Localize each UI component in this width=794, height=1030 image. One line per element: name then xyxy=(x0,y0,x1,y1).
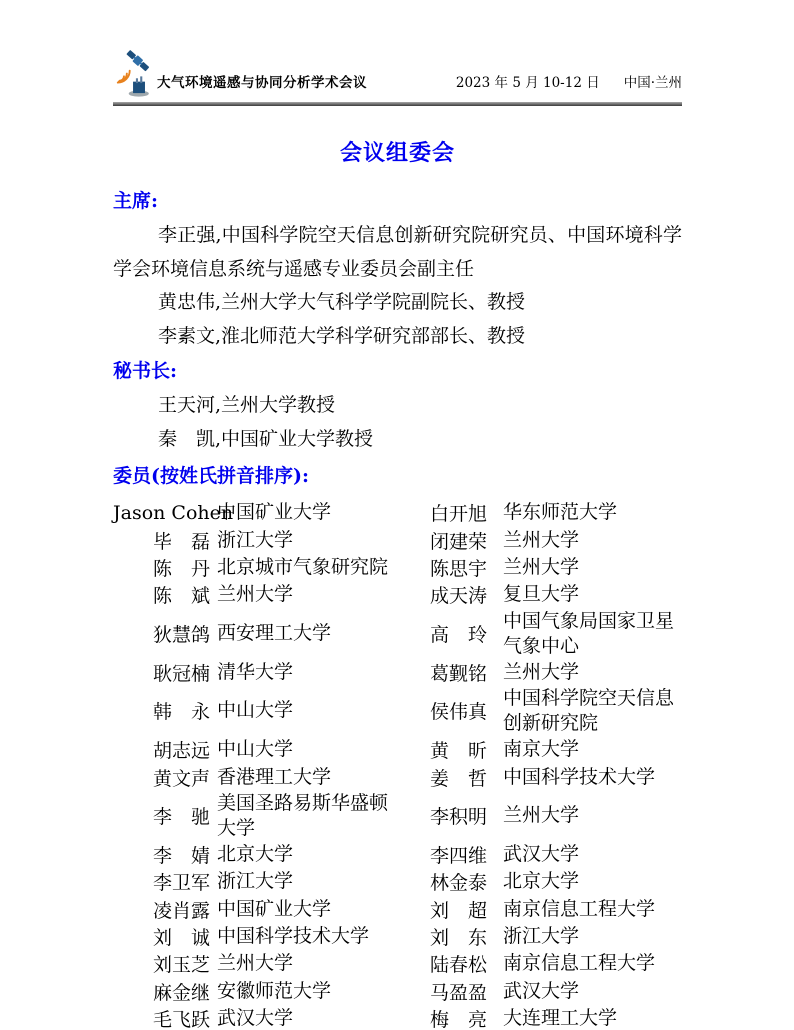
member-row: 韩 永中山大学侯伟真中国科学院空天信息创新研究院 xyxy=(113,686,682,736)
member-name: 毛飞跃 xyxy=(113,1005,210,1030)
member-institution: 南京大学 xyxy=(503,737,687,762)
member-name: 陈 斌 xyxy=(113,581,210,608)
conference-location: 中国·兰州 xyxy=(624,71,682,91)
secretary-section-label: 秘书长: xyxy=(113,358,682,385)
member-institution: 兰州大学 xyxy=(217,582,399,607)
member-name: 葛觐铭 xyxy=(430,659,498,686)
member-institution: 西安理工大学 xyxy=(217,621,399,646)
conference-date: 2023 年 5 月 10-12 日 xyxy=(456,71,600,91)
member-institution: 香港理工大学 xyxy=(217,765,399,790)
member-name: 李 驰 xyxy=(113,802,210,829)
document-page: 大气环境遥感与协同分析学术会议 2023 年 5 月 10-12 日 中国·兰州… xyxy=(0,0,794,1030)
member-name: 陈 丹 xyxy=(113,554,210,581)
member-name: 黄文声 xyxy=(113,764,210,791)
member-institution: 南京信息工程大学 xyxy=(503,951,687,976)
member-name: 刘 超 xyxy=(430,896,498,923)
member-name: 刘玉芝 xyxy=(113,950,210,977)
member-institution: 中国科学技术大学 xyxy=(217,924,399,949)
page-header: 大气环境遥感与协同分析学术会议 2023 年 5 月 10-12 日 中国·兰州 xyxy=(113,0,682,98)
member-name: 李卫军 xyxy=(113,868,210,895)
member-institution: 武汉大学 xyxy=(503,979,687,1004)
member-institution: 浙江大学 xyxy=(217,528,399,553)
member-institution: 北京城市气象研究院 xyxy=(217,555,399,580)
member-row: 毛飞跃武汉大学梅 亮大连理工大学 xyxy=(113,1005,682,1030)
member-row: 李 驰美国圣路易斯华盛顿大学李积明兰州大学 xyxy=(113,791,682,841)
satellite-logo-icon xyxy=(113,50,155,98)
member-rows: Jason Cohen中国矿业大学白开旭华东师范大学毕 磊浙江大学闭建荣兰州大学… xyxy=(113,499,682,1030)
member-name: 韩 永 xyxy=(113,697,210,724)
member-name: 凌肖露 xyxy=(113,896,210,923)
member-institution: 复旦大学 xyxy=(503,582,687,607)
member-row: 麻金继安徽师范大学马盈盈武汉大学 xyxy=(113,978,682,1005)
member-institution: 中国科学院空天信息创新研究院 xyxy=(503,686,687,736)
member-name: 马盈盈 xyxy=(430,978,498,1005)
member-row: 陈 斌兰州大学成天涛复旦大学 xyxy=(113,581,682,608)
member-institution: 南京信息工程大学 xyxy=(503,897,687,922)
chair-list: 李正强,中国科学院空天信息创新研究院研究员、中国环境科学学会环境信息系统与遥感专… xyxy=(113,219,682,353)
member-row: 毕 磊浙江大学闭建荣兰州大学 xyxy=(113,526,682,553)
member-name: 陆春松 xyxy=(430,950,498,977)
member-row: 刘 诚中国科学技术大学刘 东浙江大学 xyxy=(113,923,682,950)
chair-member: 李正强,中国科学院空天信息创新研究院研究员、中国环境科学学会环境信息系统与遥感专… xyxy=(113,219,682,286)
member-institution: 中国矿业大学 xyxy=(217,500,399,525)
member-institution: 兰州大学 xyxy=(503,660,687,685)
member-institution: 武汉大学 xyxy=(217,1006,399,1030)
member-name: 刘 东 xyxy=(430,923,498,950)
page-title: 会议组委会 xyxy=(113,136,682,167)
chair-section-label: 主席: xyxy=(113,188,682,215)
member-institution: 武汉大学 xyxy=(503,842,687,867)
member-row: 胡志远中山大学黄 昕南京大学 xyxy=(113,736,682,763)
secretary-member: 秦 凯,中国矿业大学教授 xyxy=(113,423,682,457)
member-institution: 北京大学 xyxy=(503,869,687,894)
member-institution: 兰州大学 xyxy=(503,555,687,580)
conference-name: 大气环境遥感与协同分析学术会议 xyxy=(157,71,367,98)
member-name: 侯伟真 xyxy=(430,697,498,724)
member-institution: 浙江大学 xyxy=(217,869,399,894)
member-institution: 清华大学 xyxy=(217,660,399,685)
member-institution: 兰州大学 xyxy=(503,803,687,828)
member-name: 姜 哲 xyxy=(430,764,498,791)
chair-member: 李素文,淮北师范大学科学研究部部长、教授 xyxy=(113,320,682,354)
member-institution: 兰州大学 xyxy=(503,528,687,553)
member-institution: 中山大学 xyxy=(217,698,399,723)
member-name: 林金泰 xyxy=(430,868,498,895)
member-name: 胡志远 xyxy=(113,736,210,763)
member-name: 毕 磊 xyxy=(113,527,210,554)
member-name: 李积明 xyxy=(430,802,498,829)
member-row: 黄文声香港理工大学姜 哲中国科学技术大学 xyxy=(113,763,682,790)
member-name: 梅 亮 xyxy=(430,1005,498,1030)
member-name: 李四维 xyxy=(430,841,498,868)
committee-section-label: 委员(按姓氏拼音排序): xyxy=(113,463,682,490)
member-institution: 浙江大学 xyxy=(503,924,687,949)
member-name: 陈思宇 xyxy=(430,554,498,581)
member-institution: 中国矿业大学 xyxy=(217,897,399,922)
member-institution: 中国气象局国家卫星气象中心 xyxy=(503,609,687,659)
member-name: 李 婧 xyxy=(113,841,210,868)
member-name: 狄慧鸽 xyxy=(113,620,210,647)
member-row: 刘玉芝兰州大学陆春松南京信息工程大学 xyxy=(113,950,682,977)
member-institution: 美国圣路易斯华盛顿大学 xyxy=(217,791,399,841)
member-row: 陈 丹北京城市气象研究院陈思宇兰州大学 xyxy=(113,554,682,581)
member-institution: 安徽师范大学 xyxy=(217,979,399,1004)
member-row: Jason Cohen中国矿业大学白开旭华东师范大学 xyxy=(113,499,682,526)
member-institution: 中山大学 xyxy=(217,737,399,762)
member-name: 耿冠楠 xyxy=(113,659,210,686)
member-name: Jason Cohen xyxy=(113,502,210,524)
secretary-member: 王天河,兰州大学教授 xyxy=(113,389,682,423)
member-row: 李 婧北京大学李四维武汉大学 xyxy=(113,841,682,868)
member-row: 李卫军浙江大学林金泰北京大学 xyxy=(113,868,682,895)
chair-member: 黄忠伟,兰州大学大气科学学院副院长、教授 xyxy=(113,286,682,320)
member-name: 高 玲 xyxy=(430,620,498,647)
member-row: 狄慧鸽西安理工大学高 玲中国气象局国家卫星气象中心 xyxy=(113,609,682,659)
member-row: 耿冠楠清华大学葛觐铭兰州大学 xyxy=(113,659,682,686)
member-institution: 大连理工大学 xyxy=(503,1006,687,1030)
member-row: 凌肖露中国矿业大学刘 超南京信息工程大学 xyxy=(113,896,682,923)
member-name: 刘 诚 xyxy=(113,923,210,950)
member-institution: 华东师范大学 xyxy=(503,500,687,525)
member-institution: 北京大学 xyxy=(217,842,399,867)
secretary-list: 王天河,兰州大学教授秦 凯,中国矿业大学教授 xyxy=(113,389,682,456)
member-name: 白开旭 xyxy=(430,499,498,526)
member-name: 成天涛 xyxy=(430,581,498,608)
header-divider xyxy=(113,102,682,106)
member-institution: 中国科学技术大学 xyxy=(503,765,687,790)
member-name: 闭建荣 xyxy=(430,527,498,554)
member-name: 黄 昕 xyxy=(430,736,498,763)
member-institution: 兰州大学 xyxy=(217,951,399,976)
member-name: 麻金继 xyxy=(113,978,210,1005)
